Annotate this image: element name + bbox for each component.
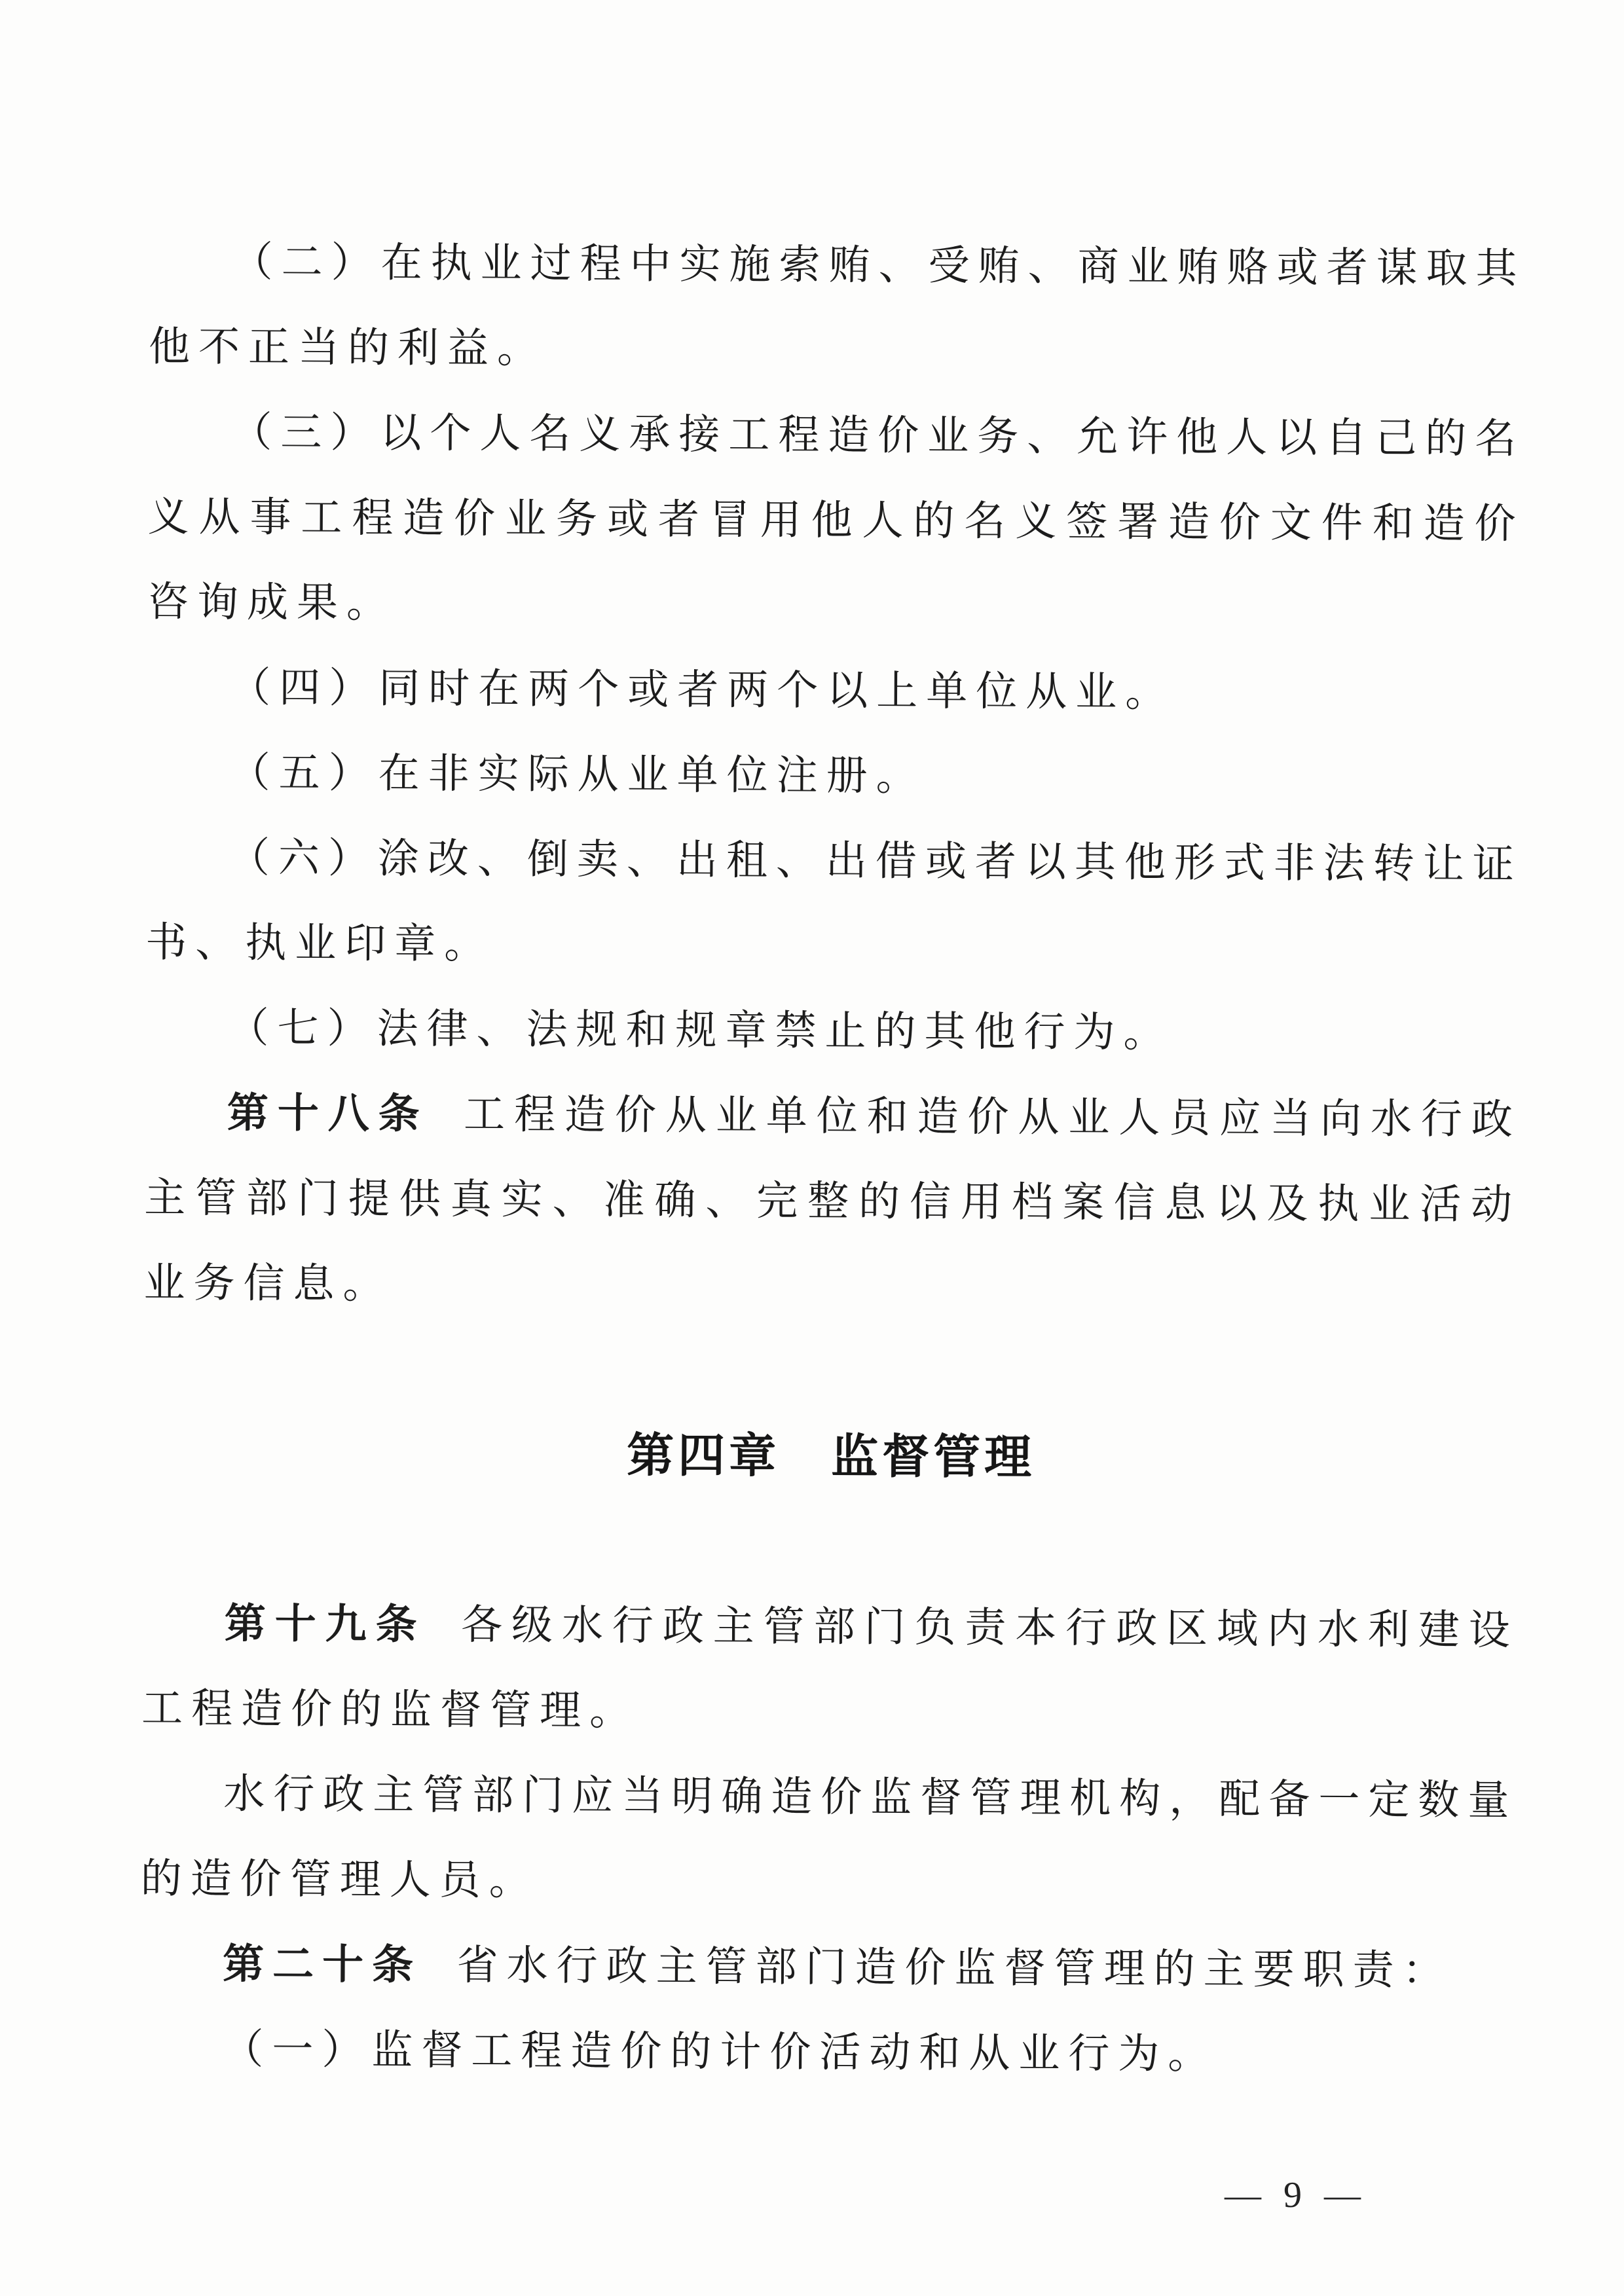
document-body: （二）在执业过程中实施索贿、受贿、商业贿赂或者谋取其他不正当的利益。 （三）以个… — [139, 219, 1526, 2098]
clause-item-4: （四）同时在两个或者两个以上单位从业。 — [147, 644, 1524, 737]
clause-text: （一）监督工程造价的计价活动和从业行为。 — [222, 2026, 1217, 2077]
clause-item-6: （六）涂改、倒卖、出租、出借或者以其他形式非法转让证书、执业印章。 — [145, 814, 1522, 992]
clause-item-7: （七）法律、法规和规章禁止的其他行为。 — [145, 985, 1522, 1077]
article-number: 第二十条 — [223, 1941, 422, 1988]
article-number: 第十八条 — [227, 1090, 429, 1137]
article-text: 水行政主管部门应当明确造价监督管理机构，配备一定数量的造价管理人员。 — [141, 1771, 1518, 1904]
article-number: 第十九条 — [225, 1601, 426, 1648]
chapter-4-heading: 第四章 监督管理 — [143, 1410, 1520, 1503]
article-19-para-2: 水行政主管部门应当明确造价监督管理机构，配备一定数量的造价管理人员。 — [140, 1751, 1517, 1928]
clause-text: （七）法律、法规和规章禁止的其他行为。 — [227, 1005, 1173, 1056]
clause-item-2: （二）在执业过程中实施索贿、受贿、商业贿赂或者谋取其他不正当的利益。 — [149, 219, 1526, 396]
clause-item-1-article-20: （一）监督工程造价的计价活动和从业行为。 — [139, 2006, 1517, 2098]
clause-text: （二）在执业过程中实施索贿、受贿、商业贿赂或者谋取其他不正当的利益。 — [149, 239, 1526, 372]
clause-text: （五）在非实际从业单位注册。 — [229, 750, 925, 799]
clause-text: （四）同时在两个或者两个以上单位从业。 — [229, 665, 1175, 716]
clause-item-3: （三）以个人名义承接工程造价业务、允许他人以自己的名义从事工程造价业务或者冒用他… — [147, 389, 1525, 651]
clause-text: （三）以个人名义承接工程造价业务、允许他人以自己的名义从事工程造价业务或者冒用他… — [147, 409, 1525, 626]
scanned-document-page: （二）在执业过程中实施索贿、受贿、商业贿赂或者谋取其他不正当的利益。 （三）以个… — [0, 0, 1624, 2296]
clause-item-5: （五）在非实际从业单位注册。 — [146, 729, 1523, 822]
page-number: — 9 — — [1225, 2172, 1367, 2218]
article-18: 第十八条工程造价从业单位和造价从业人员应当向水行政主管部门提供真实、准确、完整的… — [143, 1070, 1521, 1332]
article-20: 第二十条省水行政主管部门造价监督管理的主要职责： — [140, 1921, 1517, 2013]
clause-text: （六）涂改、倒卖、出租、出借或者以其他形式非法转让证书、执业印章。 — [145, 835, 1522, 967]
article-text: 省水行政主管部门造价监督管理的主要职责： — [456, 1942, 1452, 1994]
article-19: 第十九条各级水行政主管部门负责本行政区域内水利建设工程造价的监督管理。 — [141, 1580, 1519, 1758]
